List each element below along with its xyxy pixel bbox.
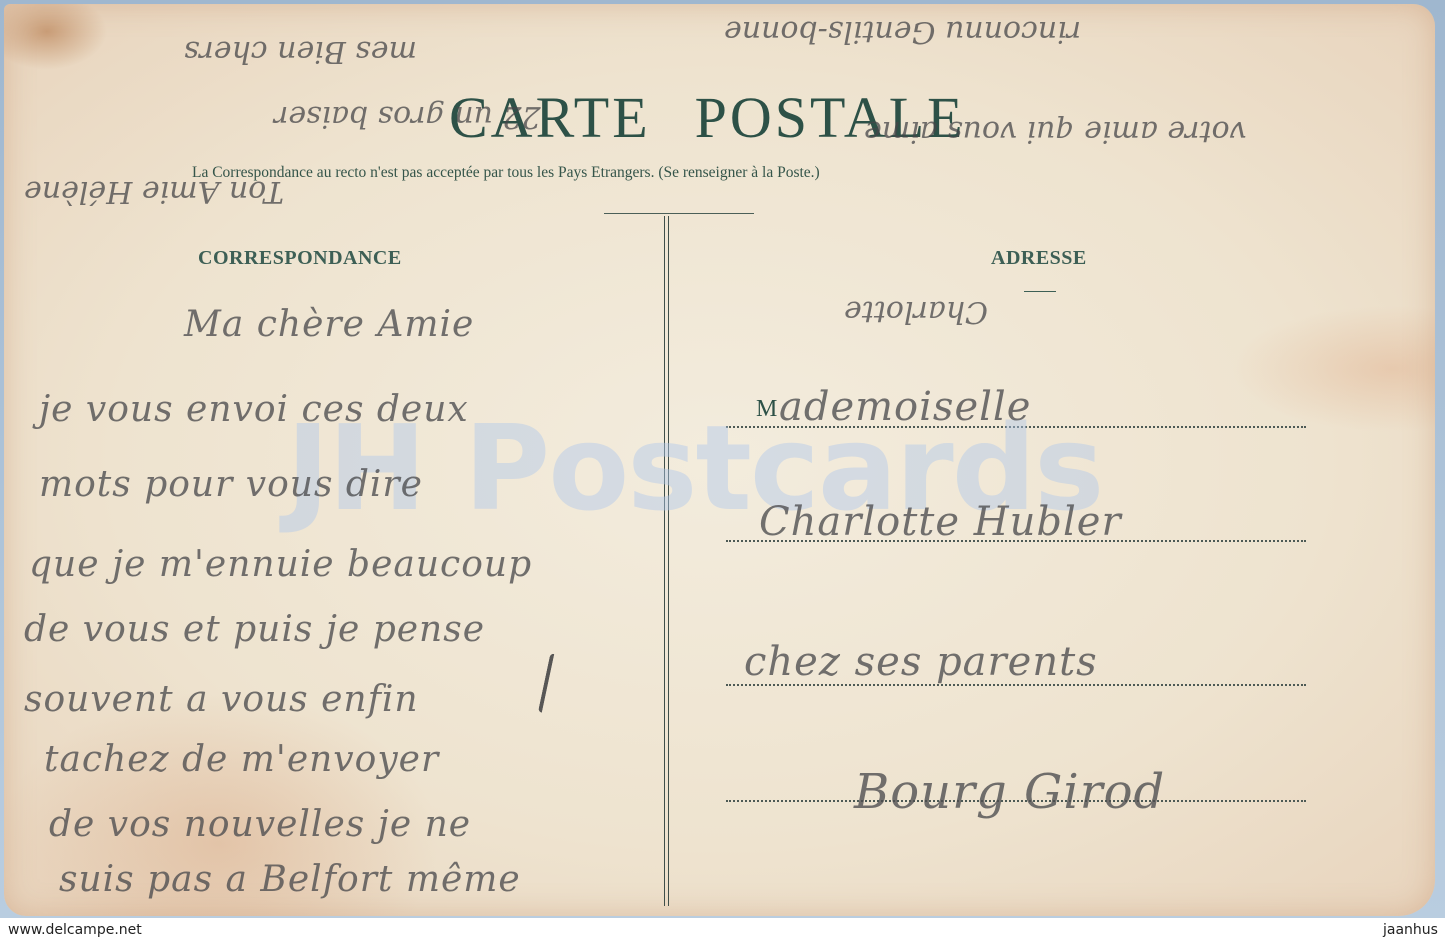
upside-note-6: Charlotte xyxy=(844,294,988,329)
message-line-2: je vous envoi ces deux xyxy=(39,389,469,430)
address-line-text-1: ademoiselle xyxy=(779,384,1031,430)
message-line-5: de vous et puis je pense xyxy=(24,609,485,650)
message-line-4: que je m'ennuie beaucoup xyxy=(29,544,532,585)
top-rule xyxy=(604,213,754,214)
address-line-text-4: Bourg Girod xyxy=(854,764,1165,820)
postal-notice: La Correspondance au recto n'est pas acc… xyxy=(192,164,820,182)
address-label-underline xyxy=(1024,291,1056,292)
upside-note-2: rinconnu Gentils-bonne xyxy=(724,14,1081,49)
source-credit-left: www.delcampe.net xyxy=(8,922,142,938)
upside-note-4: Ton Amie Hélène xyxy=(24,174,284,209)
message-line-8: de vos nouvelles je ne xyxy=(49,804,471,845)
address-label: ADRESSE xyxy=(991,247,1087,270)
center-divider xyxy=(664,216,669,906)
message-line-6: souvent a vous enfin xyxy=(24,679,419,720)
message-line-9: suis pas a Belfort même xyxy=(59,859,521,900)
message-line-3: mots pour vous dire xyxy=(39,464,423,505)
correspondence-label: CORRESPONDANCE xyxy=(198,247,402,270)
message-line-1: Ma chère Amie xyxy=(184,304,474,345)
address-line-text-2: Charlotte Hubler xyxy=(759,499,1122,545)
pencil-mark xyxy=(538,653,564,715)
message-line-7: tachez de m'envoyer xyxy=(44,739,439,780)
postcard-back: CARTEPOSTALE La Correspondance au recto … xyxy=(4,4,1435,916)
address-line-text-3: chez ses parents xyxy=(744,639,1098,685)
upside-note-1: mes Bien chers xyxy=(184,34,417,69)
source-credit-right: jaanhus xyxy=(1383,922,1438,938)
upside-note-5: votre amie qui vous aime xyxy=(864,114,1247,149)
upside-note-3: 22 un gros baiser xyxy=(274,99,541,134)
